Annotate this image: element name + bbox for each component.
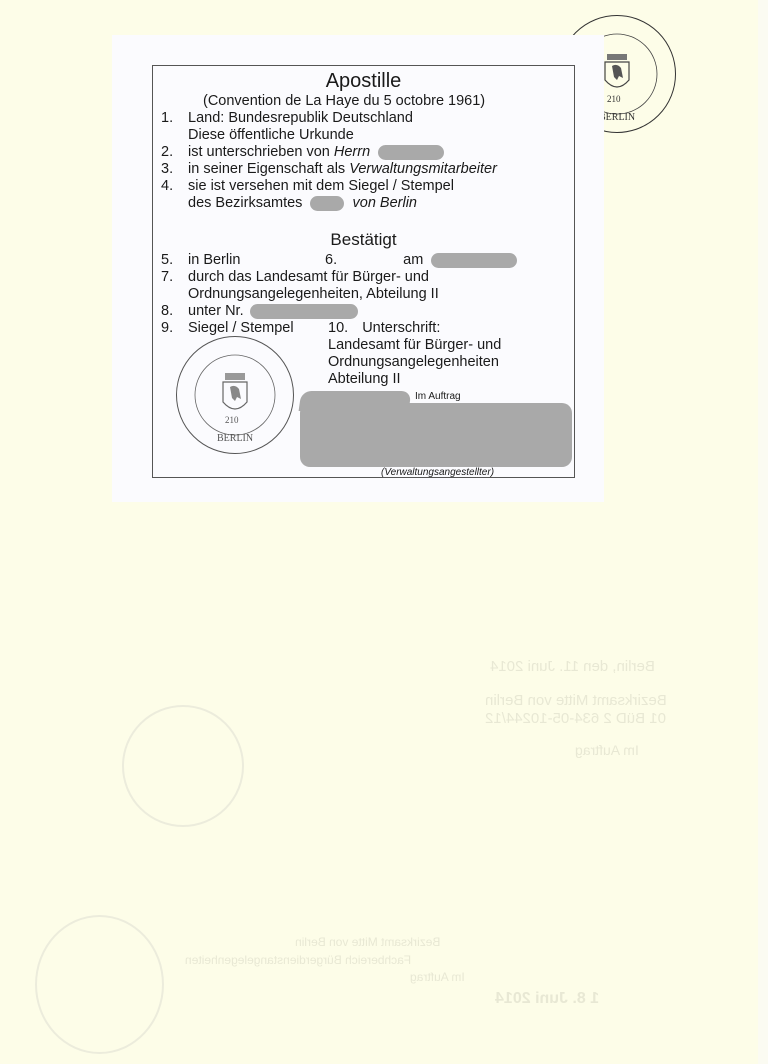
item-6: 6. am — [325, 252, 517, 269]
svg-text:210: 210 — [225, 415, 239, 425]
item-4-continued: des Bezirksamtes von Berlin — [188, 195, 417, 212]
signer-role: (Verwaltungsangestellter) — [381, 464, 494, 481]
item-4: 4.sie ist versehen mit dem Siegel / Stem… — [161, 178, 454, 195]
bleed-through-text: 01 BüD 2 634-05-10244/12 — [485, 710, 666, 727]
redacted-district — [310, 196, 344, 211]
bleed-through-text: Berlin, den 11. Juni 2014 — [490, 658, 655, 675]
item-10-line3: Abteilung II — [328, 371, 401, 388]
bleed-through-text: Im Auftrag — [575, 742, 639, 758]
redacted-signature — [300, 403, 572, 467]
item-1: 1.Land: Bundesrepublik Deutschland — [161, 110, 413, 127]
svg-text:BERLIN: BERLIN — [599, 112, 635, 123]
item-2: 2.ist unterschrieben von Herrn — [161, 144, 444, 161]
svg-text:BERLIN: BERLIN — [217, 433, 253, 444]
item-1-continued: Diese öffentliche Urkunde — [188, 127, 354, 144]
faded-stamp — [122, 705, 244, 827]
im-auftrag: Im Auftrag — [415, 388, 461, 405]
item-5: 5.in Berlin — [161, 252, 240, 269]
apostille-subtitle: (Convention de La Haye du 5 octobre 1961… — [203, 93, 485, 110]
page-edge — [758, 0, 768, 1064]
apostille-sticker: Apostille (Convention de La Haye du 5 oc… — [112, 35, 604, 502]
redacted-date — [431, 253, 517, 268]
apostille-box: Apostille (Convention de La Haye du 5 oc… — [152, 65, 575, 478]
item-7: 7.durch das Landesamt für Bürger- und — [161, 269, 429, 286]
bleed-through-text: Im Auftrag — [410, 970, 465, 984]
redacted-name — [378, 145, 444, 160]
svg-text:210: 210 — [607, 94, 621, 104]
faded-stamp — [35, 915, 164, 1054]
redacted-number — [250, 304, 358, 319]
bleed-through-text: Fachbereich Bürgerdienstangelegenheiten — [185, 953, 411, 967]
bleed-through-text: Bezirksamt Mitte von Berlin — [485, 692, 667, 709]
item-3: 3.in seiner Eigenschaft als Verwaltungsm… — [161, 161, 497, 178]
item-10: 10. Unterschrift: — [328, 320, 440, 337]
confirmed-heading: Bestätigt — [153, 231, 574, 248]
bleed-through-text: Bezirksamt Mitte von Berlin — [295, 935, 440, 949]
official-seal-inner: 210 BERLIN — [176, 336, 294, 454]
apostille-title: Apostille — [153, 70, 574, 92]
item-7-continued: Ordnungsangelegenheiten, Abteilung II — [188, 286, 439, 303]
item-8: 8.unter Nr. — [161, 303, 358, 320]
item-10-line1: Landesamt für Bürger- und — [328, 337, 501, 354]
item-9: 9.Siegel / Stempel — [161, 320, 294, 337]
item-10-line2: Ordnungsangelegenheiten — [328, 354, 499, 371]
bleed-through-text: 1 8. Juni 2014 — [495, 990, 599, 1008]
